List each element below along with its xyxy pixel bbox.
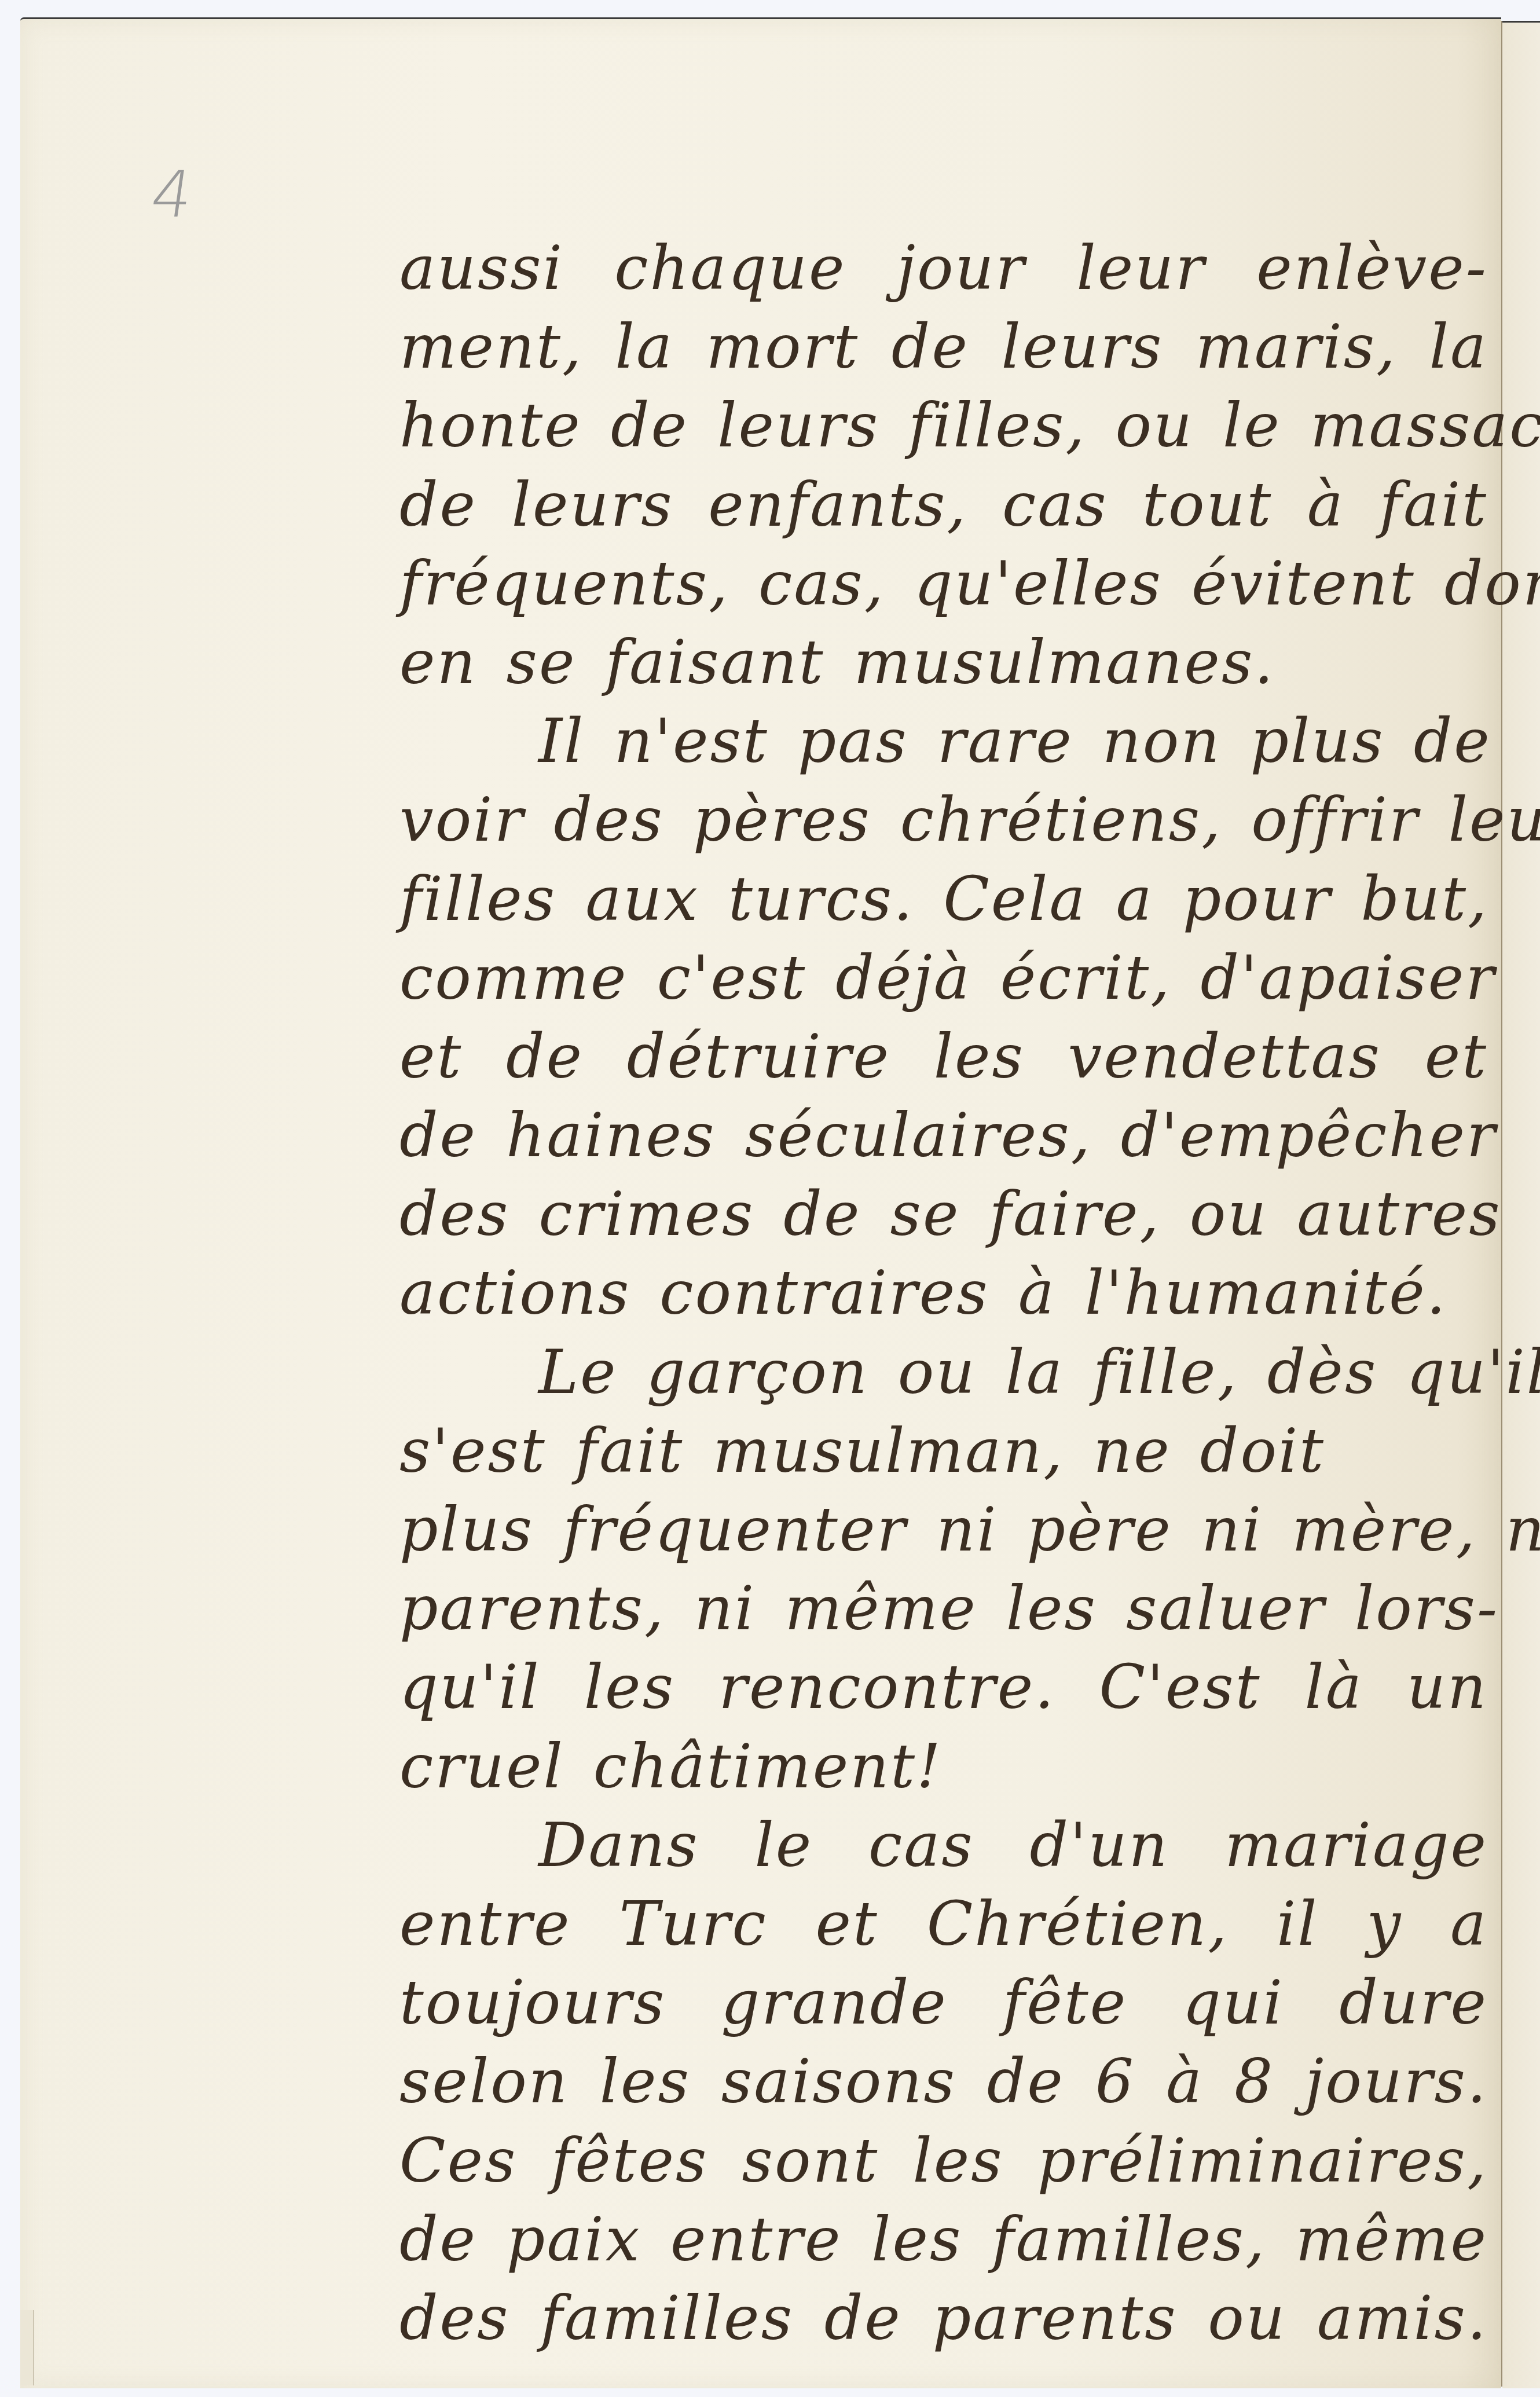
manuscript-line: Ces fêtes sont les préliminaires, xyxy=(399,2121,1488,2200)
manuscript-line: fréquents, cas, qu'elles évitent donc xyxy=(399,544,1488,623)
manuscript-line: plus fréquenter ni père ni mère, ni xyxy=(399,1490,1488,1569)
manuscript-line: honte de leurs filles, ou le massacre xyxy=(399,386,1488,465)
manuscript-line: s'est fait musulman, ne doit xyxy=(399,1412,1488,1490)
facing-page-edge xyxy=(1502,21,1540,2388)
manuscript-line: filles aux turcs. Cela a pour but, xyxy=(399,860,1488,939)
manuscript-line: et de détruire les vendettas et xyxy=(399,1017,1488,1096)
manuscript-line: des crimes de se faire, ou autres xyxy=(399,1175,1488,1254)
manuscript-paragraph-start: Dans le cas d'un mariage xyxy=(399,1806,1488,1885)
manuscript-line: de paix entre les familles, même xyxy=(399,2200,1488,2279)
manuscript-paragraph-start: Il n'est pas rare non plus de xyxy=(399,702,1488,780)
handwritten-text-block: aussi chaque jour leur enlève- ment, la … xyxy=(399,229,1488,2358)
manuscript-line: ment, la mort de leurs maris, la xyxy=(399,307,1488,386)
manuscript-line: aussi chaque jour leur enlève- xyxy=(399,229,1488,307)
manuscript-line: toujours grande fête qui dure xyxy=(399,1963,1488,2042)
manuscript-line: comme c'est déjà écrit, d'apaiser xyxy=(399,939,1488,1017)
manuscript-line: voir des pères chrétiens, offrir leurs xyxy=(399,780,1488,859)
manuscript-line: en se faisant musulmanes. xyxy=(399,623,1488,702)
manuscript-line: selon les saisons de 6 à 8 jours. xyxy=(399,2042,1488,2121)
manuscript-line: entre Turc et Chrétien, il y a xyxy=(399,1885,1488,1963)
torn-corner xyxy=(20,2310,34,2385)
manuscript-line: des familles de parents ou amis. xyxy=(399,2279,1488,2358)
manuscript-line: de haines séculaires, d'empêcher xyxy=(399,1096,1488,1175)
manuscript-line: parents, ni même les saluer lors- xyxy=(399,1569,1488,1648)
manuscript-paragraph-start: Le garçon ou la fille, dès qu'il xyxy=(399,1333,1488,1412)
manuscript-line: cruel châtiment! xyxy=(399,1727,1488,1806)
manuscript-line: de leurs enfants, cas tout à fait xyxy=(399,466,1488,544)
manuscript-line: qu'il les rencontre. C'est là un xyxy=(399,1648,1488,1727)
manuscript-line: actions contraires à l'humanité. xyxy=(399,1254,1488,1332)
